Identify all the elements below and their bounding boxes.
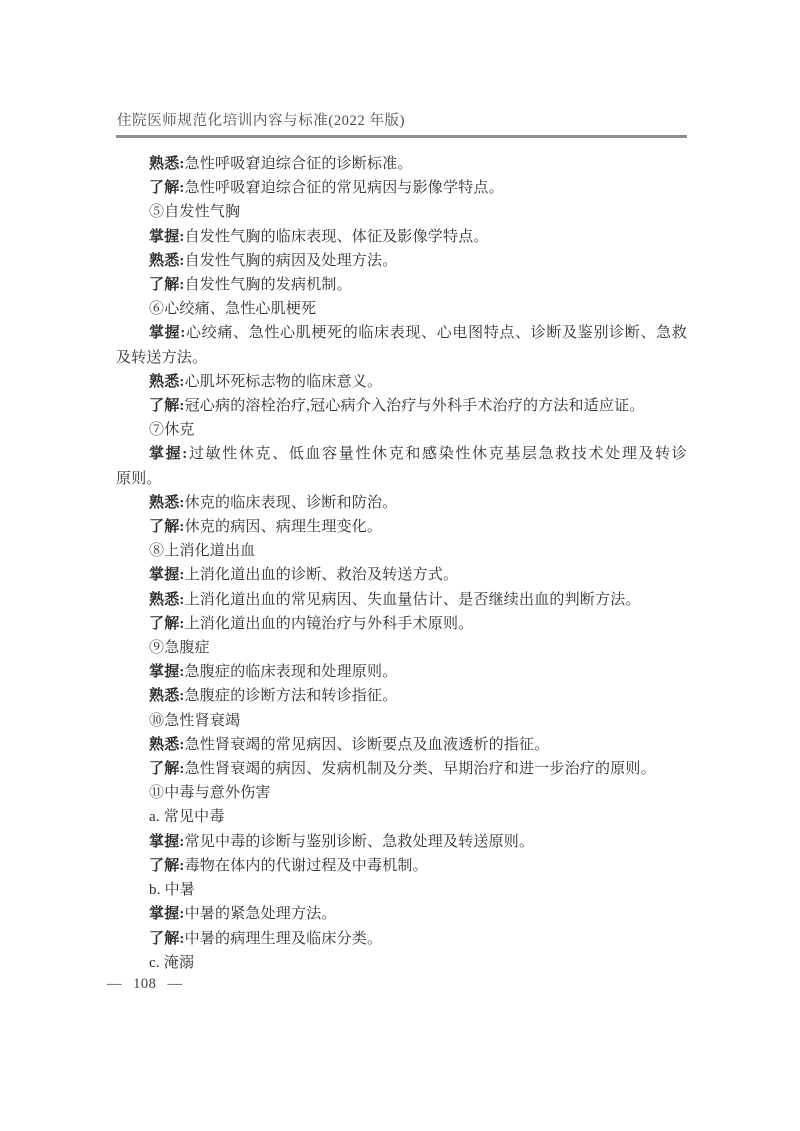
line-text: 急性肾衰竭的病因、发病机制及分类、早期治疗和进一步治疗的原则。 bbox=[185, 761, 656, 777]
page-number: — 108 — bbox=[107, 976, 183, 992]
line-text: a. 常见中毒 bbox=[149, 809, 225, 825]
line-text: 中暑的病理生理及临床分类。 bbox=[185, 931, 383, 947]
text-line: ⑩急性肾衰竭 bbox=[116, 709, 687, 733]
requirement-line: 了解:急性呼吸窘迫综合征的常见病因与影像学特点。 bbox=[116, 176, 687, 200]
requirement-level-label: 熟悉: bbox=[149, 592, 185, 608]
running-head-title: 住院医师规范化培训内容与标准(2022 年版) bbox=[117, 113, 405, 129]
line-text: ⑧上消化道出血 bbox=[149, 543, 255, 559]
requirement-line: 掌握:中暑的紧急处理方法。 bbox=[116, 902, 687, 926]
text-line: 及转送方法。 bbox=[116, 346, 687, 370]
line-text: 急腹症的临床表现和处理原则。 bbox=[185, 664, 398, 680]
requirement-level-label: 了解: bbox=[149, 858, 185, 874]
line-text: ⑪中毒与意外伤害 bbox=[149, 785, 271, 801]
line-text: 上消化道出血的常见病因、失血量估计、是否继续出血的判断方法。 bbox=[185, 592, 641, 608]
requirement-line: 了解:急性肾衰竭的病因、发病机制及分类、早期治疗和进一步治疗的原则。 bbox=[116, 757, 687, 781]
line-text: 心肌坏死标志物的临床意义。 bbox=[185, 374, 383, 390]
line-text: b. 中暑 bbox=[149, 882, 195, 898]
requirement-level-label: 了解: bbox=[149, 616, 185, 632]
line-text: 及转送方法。 bbox=[116, 350, 207, 366]
requirement-line: 熟悉:休克的临床表现、诊断和防治。 bbox=[116, 491, 687, 515]
page-header: 住院医师规范化培训内容与标准(2022 年版) bbox=[117, 109, 405, 130]
requirement-level-label: 了解: bbox=[149, 931, 185, 947]
requirement-level-label: 掌握: bbox=[149, 906, 185, 922]
requirement-level-label: 了解: bbox=[149, 277, 185, 293]
requirement-level-label: 掌握: bbox=[149, 567, 185, 583]
requirement-line: 掌握:上消化道出血的诊断、救治及转送方式。 bbox=[116, 563, 687, 587]
text-line: ⑨急腹症 bbox=[116, 636, 687, 660]
requirement-level-label: 掌握: bbox=[149, 325, 186, 341]
text-line: a. 常见中毒 bbox=[116, 805, 687, 829]
text-line: ⑦休克 bbox=[116, 418, 687, 442]
requirement-level-label: 掌握: bbox=[149, 834, 185, 850]
requirement-line: 掌握:心绞痛、急性心肌梗死的临床表现、心电图特点、诊断及鉴别诊断、急救 bbox=[116, 321, 687, 345]
line-text: 毒物在体内的代谢过程及中毒机制。 bbox=[185, 858, 428, 874]
requirement-line: 掌握:常见中毒的诊断与鉴别诊断、急救处理及转送原则。 bbox=[116, 830, 687, 854]
line-text: 上消化道出血的内镜治疗与外科手术原则。 bbox=[185, 616, 474, 632]
text-line: ⑤自发性气胸 bbox=[116, 200, 687, 224]
requirement-level-label: 掌握: bbox=[149, 664, 185, 680]
requirement-line: 了解:自发性气胸的发病机制。 bbox=[116, 273, 687, 297]
requirement-line: 掌握:急腹症的临床表现和处理原则。 bbox=[116, 660, 687, 684]
line-text: 急腹症的诊断方法和转诊指征。 bbox=[185, 688, 398, 704]
text-line: ⑪中毒与意外伤害 bbox=[116, 781, 687, 805]
line-text: 过敏性休克、低血容量性休克和感染性休克基层急救技术处理及转诊 bbox=[188, 446, 687, 462]
header-rule-divider bbox=[116, 135, 687, 138]
line-text: 自发性气胸的发病机制。 bbox=[185, 277, 352, 293]
page-footer: — 108 — bbox=[107, 976, 183, 993]
requirement-line: 熟悉:急腹症的诊断方法和转诊指征。 bbox=[116, 684, 687, 708]
line-text: ⑩急性肾衰竭 bbox=[149, 713, 240, 729]
requirement-line: 熟悉:急性呼吸窘迫综合征的诊断标准。 bbox=[116, 152, 687, 176]
requirement-level-label: 熟悉: bbox=[149, 495, 185, 511]
requirement-line: 了解:中暑的病理生理及临床分类。 bbox=[116, 927, 687, 951]
requirement-level-label: 熟悉: bbox=[149, 374, 185, 390]
line-text: 常见中毒的诊断与鉴别诊断、急救处理及转送原则。 bbox=[185, 834, 535, 850]
requirement-line: 熟悉:心肌坏死标志物的临床意义。 bbox=[116, 370, 687, 394]
requirement-level-label: 了解: bbox=[149, 519, 185, 535]
requirement-level-label: 掌握: bbox=[149, 446, 188, 462]
requirement-level-label: 了解: bbox=[149, 180, 185, 196]
line-text: c. 淹溺 bbox=[149, 955, 194, 971]
requirement-level-label: 了解: bbox=[149, 761, 185, 777]
requirement-level-label: 熟悉: bbox=[149, 688, 185, 704]
requirement-level-label: 了解: bbox=[149, 398, 185, 414]
text-line: c. 淹溺 bbox=[116, 951, 687, 975]
requirement-line: 掌握:过敏性休克、低血容量性休克和感染性休克基层急救技术处理及转诊 bbox=[116, 442, 687, 466]
requirement-level-label: 掌握: bbox=[149, 229, 185, 245]
line-text: ⑤自发性气胸 bbox=[149, 204, 240, 220]
document-body: 熟悉:急性呼吸窘迫综合征的诊断标准。了解:急性呼吸窘迫综合征的常见病因与影像学特… bbox=[116, 152, 687, 975]
line-text: 急性呼吸窘迫综合征的常见病因与影像学特点。 bbox=[185, 180, 504, 196]
line-text: 休克的临床表现、诊断和防治。 bbox=[185, 495, 398, 511]
requirement-line: 了解:上消化道出血的内镜治疗与外科手术原则。 bbox=[116, 612, 687, 636]
line-text: ⑥心绞痛、急性心肌梗死 bbox=[149, 301, 316, 317]
text-line: 原则。 bbox=[116, 467, 687, 491]
line-text: ⑨急腹症 bbox=[149, 640, 210, 656]
line-text: ⑦休克 bbox=[149, 422, 195, 438]
line-text: 急性呼吸窘迫综合征的诊断标准。 bbox=[185, 156, 413, 172]
requirement-line: 掌握:自发性气胸的临床表现、体征及影像学特点。 bbox=[116, 225, 687, 249]
text-line: ⑥心绞痛、急性心肌梗死 bbox=[116, 297, 687, 321]
text-line: ⑧上消化道出血 bbox=[116, 539, 687, 563]
requirement-line: 熟悉:自发性气胸的病因及处理方法。 bbox=[116, 249, 687, 273]
line-text: 自发性气胸的临床表现、体征及影像学特点。 bbox=[185, 229, 489, 245]
requirement-line: 了解:休克的病因、病理生理变化。 bbox=[116, 515, 687, 539]
line-text: 原则。 bbox=[116, 471, 162, 487]
requirement-level-label: 熟悉: bbox=[149, 156, 185, 172]
requirement-line: 熟悉:上消化道出血的常见病因、失血量估计、是否继续出血的判断方法。 bbox=[116, 588, 687, 612]
requirement-level-label: 熟悉: bbox=[149, 737, 185, 753]
line-text: 自发性气胸的病因及处理方法。 bbox=[185, 253, 398, 269]
requirement-line: 熟悉:急性肾衰竭的常见病因、诊断要点及血液透析的指征。 bbox=[116, 733, 687, 757]
line-text: 急性肾衰竭的常见病因、诊断要点及血液透析的指征。 bbox=[185, 737, 550, 753]
line-text: 冠心病的溶栓治疗,冠心病介入治疗与外科手术治疗的方法和适应证。 bbox=[185, 398, 645, 414]
text-line: b. 中暑 bbox=[116, 878, 687, 902]
line-text: 心绞痛、急性心肌梗死的临床表现、心电图特点、诊断及鉴别诊断、急救 bbox=[186, 325, 687, 341]
line-text: 上消化道出血的诊断、救治及转送方式。 bbox=[185, 567, 459, 583]
requirement-line: 了解:毒物在体内的代谢过程及中毒机制。 bbox=[116, 854, 687, 878]
line-text: 中暑的紧急处理方法。 bbox=[185, 906, 337, 922]
requirement-level-label: 熟悉: bbox=[149, 253, 185, 269]
line-text: 休克的病因、病理生理变化。 bbox=[185, 519, 383, 535]
requirement-line: 了解:冠心病的溶栓治疗,冠心病介入治疗与外科手术治疗的方法和适应证。 bbox=[116, 394, 687, 418]
